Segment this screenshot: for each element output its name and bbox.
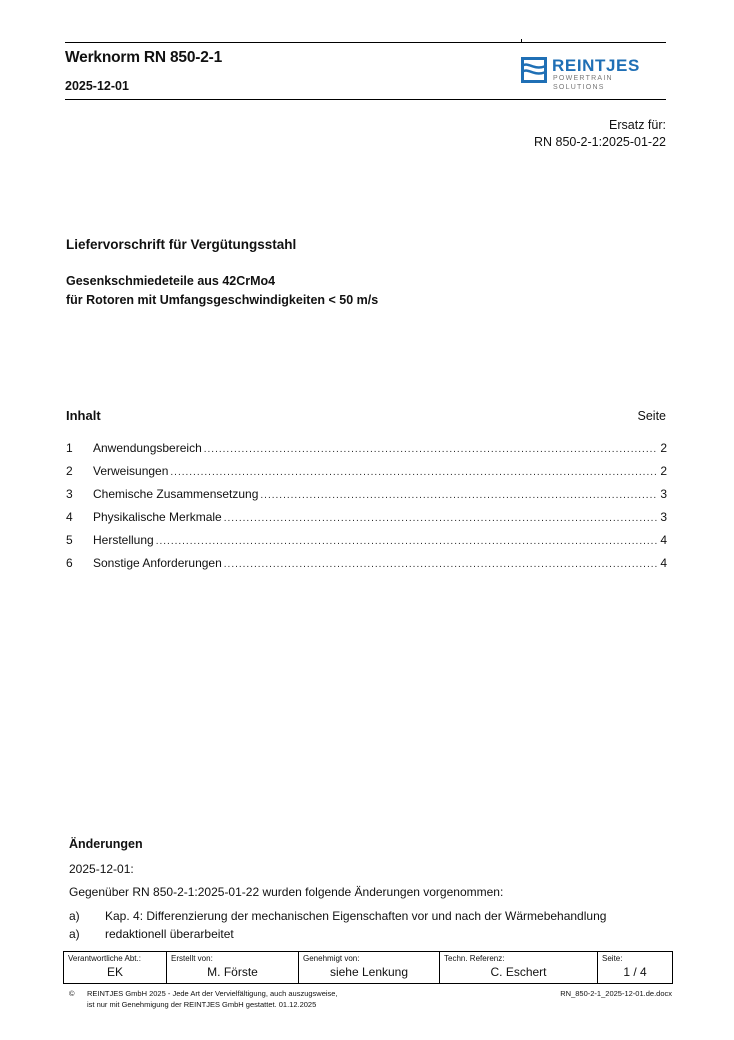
toc-entry-page: 3 [660,487,667,501]
toc-entry[interactable]: 1Anwendungsbereich......................… [66,441,667,464]
toc-entry-number: 3 [66,487,93,501]
page-label: Seite: [602,953,668,964]
toc-leader-dots: ........................................… [224,559,659,570]
toc-entry-page: 4 [660,533,667,547]
document-title: Liefervorschrift für Vergütungsstahl [66,237,296,252]
replacement-label: Ersatz für: [609,117,666,134]
toc-entry[interactable]: 4Physikalische Merkmale.................… [66,510,667,533]
toc-entry-page: 2 [660,464,667,478]
toc-entry-number: 6 [66,556,93,570]
standard-title: Werknorm RN 850-2-1 [65,49,222,67]
change-item: a) redaktionell überarbeitet [69,927,669,941]
change-item-text: Kap. 4: Differenzierung der mechanischen… [105,909,606,923]
approved-by-value: siehe Lenkung [303,964,435,980]
changes-heading: Änderungen [69,837,143,851]
toc-entry-title: Physikalische Merkmale [93,510,222,524]
toc-entry[interactable]: 5Herstellung............................… [66,533,667,556]
document-subtitle-2: für Rotoren mit Umfangsgeschwindigkeiten… [66,293,378,307]
copyright-line-2: ist nur mit Genehmigung der REINTJES Gmb… [87,999,316,1010]
responsible-dept-label: Verantwortliche Abt.: [68,953,162,964]
toc-entry[interactable]: 3Chemische Zusammensetzung..............… [66,487,667,510]
toc-heading: Inhalt [66,408,101,423]
toc-entry-number: 5 [66,533,93,547]
tech-reference-value: C. Eschert [444,964,593,980]
logo-wordmark: REINTJES [552,57,640,74]
toc-entry-title: Verweisungen [93,464,168,478]
change-item-label: a) [69,927,105,941]
standard-date: 2025-12-01 [65,79,129,93]
document-subtitle-1: Gesenkschmiedeteile aus 42CrMo4 [66,274,275,288]
copyright-line-1: REINTJES GmbH 2025 - Jede Art der Vervie… [87,988,338,999]
change-item-label: a) [69,909,105,923]
document-metadata-table: Verantwortliche Abt.: EK Erstellt von: M… [63,951,673,984]
responsible-dept-cell: Verantwortliche Abt.: EK [64,952,167,984]
toc-entry[interactable]: 2Verweisungen...........................… [66,464,667,487]
approved-by-cell: Genehmigt von: siehe Lenkung [299,952,440,984]
header-bottom-rule [65,99,666,100]
toc-leader-dots: ........................................… [260,490,658,501]
created-by-value: M. Förste [171,964,294,980]
table-of-contents: 1Anwendungsbereich......................… [66,441,667,579]
toc-entry-page: 2 [660,441,667,455]
tech-reference-label: Techn. Referenz: [444,953,593,964]
toc-entry-title: Sonstige Anforderungen [93,556,222,570]
copyright-symbol: © [69,988,75,999]
toc-entry-number: 2 [66,464,93,478]
replacement-reference: RN 850-2-1:2025-01-22 [534,134,666,151]
logo-tagline: POWERTRAIN SOLUTIONS [553,74,667,92]
toc-entry-title: Anwendungsbereich [93,441,202,455]
page-value: 1 / 4 [602,964,668,980]
file-name: RN_850-2-1_2025-12-01.de.docx [560,988,672,999]
created-by-cell: Erstellt von: M. Förste [167,952,299,984]
toc-entry-number: 4 [66,510,93,524]
tech-reference-cell: Techn. Referenz: C. Eschert [440,952,598,984]
approved-by-label: Genehmigt von: [303,953,435,964]
change-item-text: redaktionell überarbeitet [105,927,234,941]
toc-leader-dots: ........................................… [156,536,659,547]
toc-entry-title: Chemische Zusammensetzung [93,487,258,501]
responsible-dept-value: EK [68,964,162,980]
changes-date: 2025-12-01: [69,862,134,876]
toc-entry-title: Herstellung [93,533,154,547]
toc-entry[interactable]: 6Sonstige Anforderungen.................… [66,556,667,579]
change-item: a) Kap. 4: Differenzierung der mechanisc… [69,909,669,923]
toc-entry-page: 4 [660,556,667,570]
header-top-rule [65,42,666,43]
page-cell: Seite: 1 / 4 [598,952,673,984]
changes-intro: Gegenüber RN 850-2-1:2025-01-22 wurden f… [69,885,503,899]
reintjes-logo-icon [521,57,547,83]
toc-leader-dots: ........................................… [224,513,659,524]
toc-leader-dots: ........................................… [204,444,659,455]
toc-entry-number: 1 [66,441,93,455]
toc-leader-dots: ........................................… [170,467,658,478]
created-by-label: Erstellt von: [171,953,294,964]
header-tick [521,39,522,42]
company-logo: REINTJES POWERTRAIN SOLUTIONS [521,57,667,85]
toc-entry-page: 3 [660,510,667,524]
toc-page-label: Seite [638,409,667,423]
